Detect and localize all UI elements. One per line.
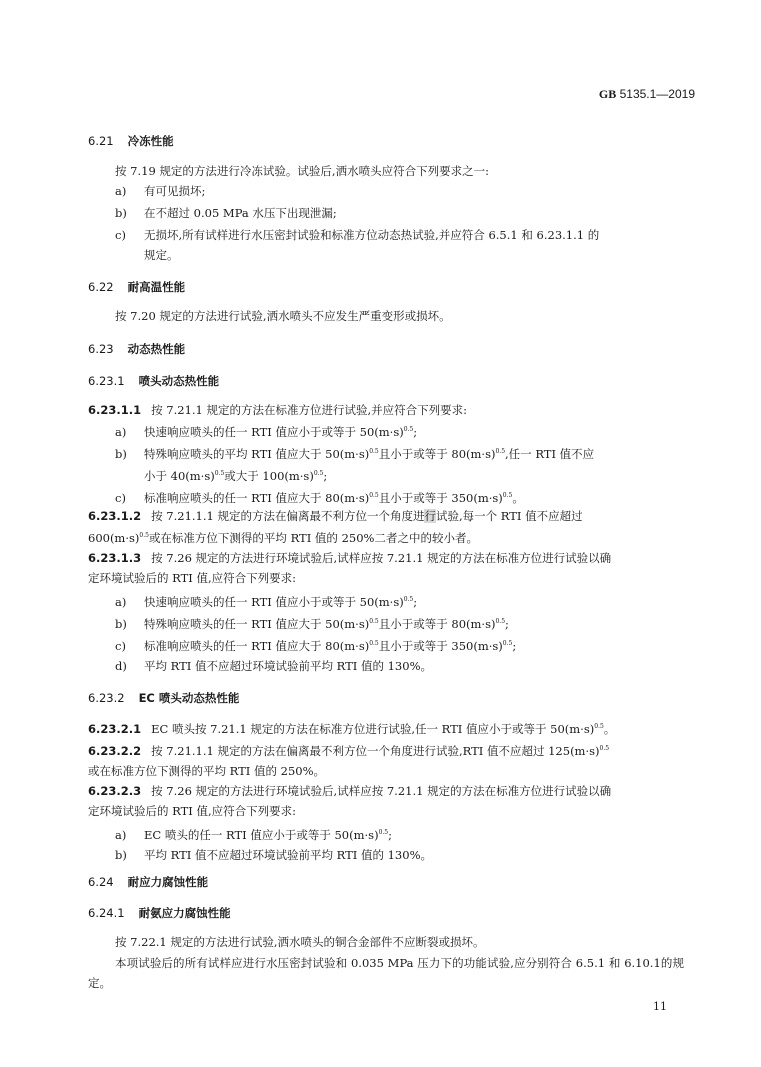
list-item: c)标准响应喷头的任一 RTI 值应大于 80(m·s)0.5且小于或等于 35… bbox=[115, 486, 684, 508]
para-6-21-intro: 按 7.19 规定的方法进行冷冻试验。试验后,洒水喷头应符合下列要求之一: bbox=[88, 161, 684, 181]
list-item: b)特殊响应喷头的平均 RTI 值应大于 50(m·s)0.5且小于或等于 80… bbox=[115, 442, 684, 486]
clause-6-23-1-3: 6.23.1.3按 7.26 规定的方法进行环境试验后,试样应按 7.21.1 … bbox=[88, 548, 684, 588]
list-item: b)平均 RTI 值不应超过环境试验前平均 RTI 值的 130%。 bbox=[115, 845, 684, 865]
heading-6-23-2: 6.23.2EC 喷头动态热性能 bbox=[88, 690, 239, 706]
list-item: a)有可见损坏; bbox=[115, 181, 684, 201]
clause-6-23-2-3: 6.23.2.3按 7.26 规定的方法进行环境试验后,试样应按 7.21.1 … bbox=[88, 781, 684, 821]
list-item: d)平均 RTI 值不应超过环境试验前平均 RTI 值的 130%。 bbox=[115, 656, 684, 676]
list-item: c)无损坏,所有试样进行水压密封试验和标准方位动态热试验,并应符合 6.5.1 … bbox=[115, 225, 684, 265]
clause-6-23-2-1: 6.23.2.1EC 喷头按 7.21.1 规定的方法在标准方位进行试验,任一 … bbox=[88, 717, 684, 739]
heading-6-21: 6.21冷冻性能 bbox=[88, 133, 174, 149]
list-item: b)特殊响应喷头的任一 RTI 值应大于 50(m·s)0.5且小于或等于 80… bbox=[115, 612, 684, 634]
list-item: a)快速响应喷头的任一 RTI 值应小于或等于 50(m·s)0.5; bbox=[115, 590, 684, 612]
list-item: c)标准响应喷头的任一 RTI 值应大于 80(m·s)0.5且小于或等于 35… bbox=[115, 634, 684, 656]
list-item: a)EC 喷头的任一 RTI 值应小于或等于 50(m·s)0.5; bbox=[115, 823, 684, 845]
heading-6-24: 6.24耐应力腐蚀性能 bbox=[88, 874, 208, 890]
heading-6-22: 6.22耐高温性能 bbox=[88, 279, 185, 295]
clause-6-23-1-2: 6.23.1.2按 7.21.1.1 规定的方法在偏离最不利方位一个角度进行试验… bbox=[88, 506, 684, 548]
heading-6-23: 6.23动态热性能 bbox=[88, 341, 185, 357]
clause-6-23-1-1: 6.23.1.1按 7.21.1 规定的方法在标准方位进行试验,并应符合下列要求… bbox=[88, 400, 684, 420]
heading-6-23-1: 6.23.1喷头动态热性能 bbox=[88, 373, 219, 389]
para-6-24-1-a: 按 7.22.1 规定的方法进行试验,洒水喷头的铜合金部件不应断裂或损坏。 bbox=[88, 932, 684, 952]
page-number: 11 bbox=[653, 1000, 667, 1013]
text-highlight: 行 bbox=[424, 509, 436, 523]
list-item: a)快速响应喷头的任一 RTI 值应小于或等于 50(m·s)0.5; bbox=[115, 420, 684, 442]
para-6-22: 按 7.20 规定的方法进行试验,洒水喷头不应发生严重变形或损坏。 bbox=[88, 306, 684, 326]
standard-header: GB 5135.1—2019 bbox=[599, 87, 695, 102]
list-item: b)在不超过 0.05 MPa 水压下出现泄漏; bbox=[115, 203, 684, 223]
clause-6-23-2-2: 6.23.2.2按 7.21.1.1 规定的方法在偏离最不利方位一个角度进行试验… bbox=[88, 739, 684, 781]
para-6-24-1-b: 本项试验后的所有试样应进行水压密封试验和 0.035 MPa 压力下的功能试验,… bbox=[88, 953, 684, 993]
heading-6-24-1: 6.24.1耐氨应力腐蚀性能 bbox=[88, 905, 231, 921]
